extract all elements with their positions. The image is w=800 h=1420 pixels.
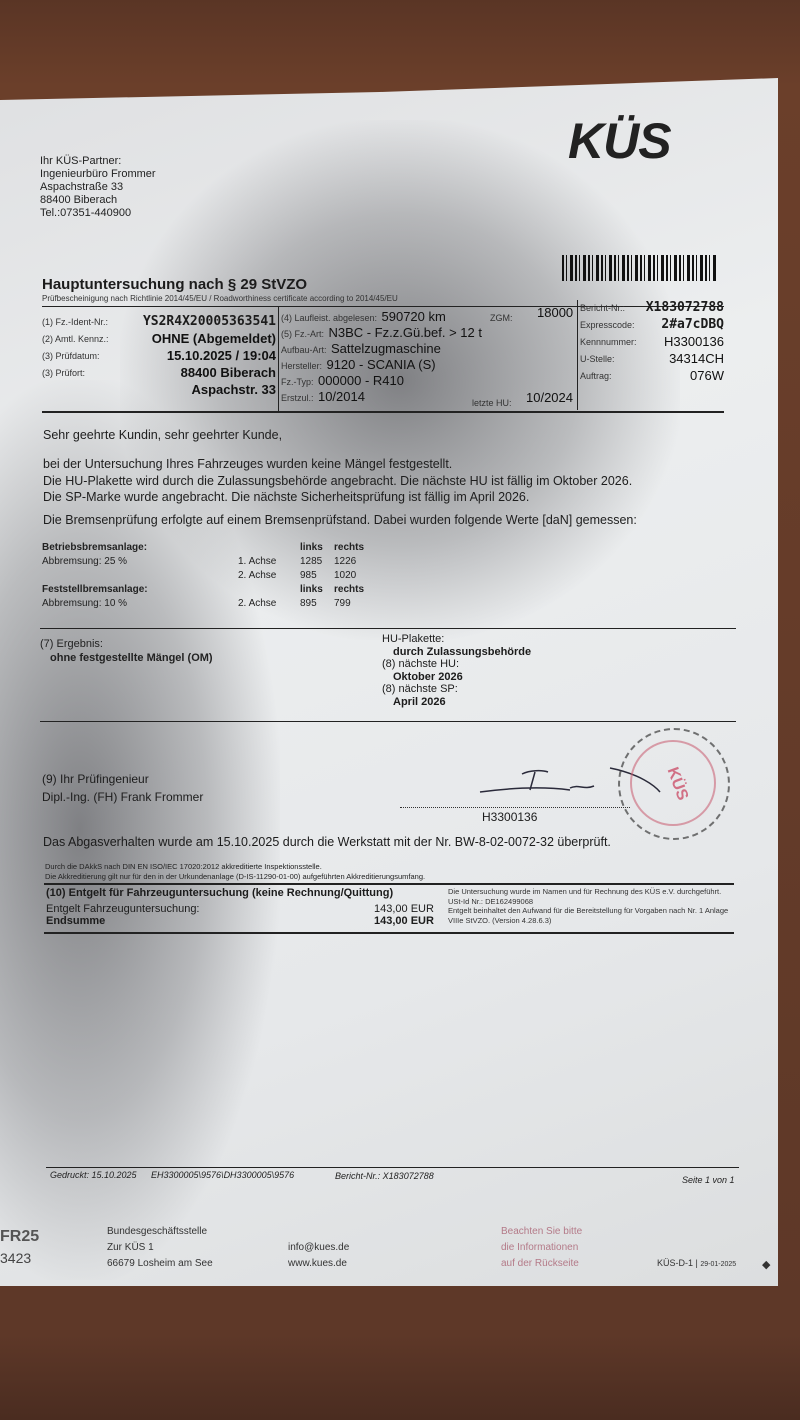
last-hu-label: letzte HU:: [472, 398, 512, 408]
result-value: ohne festgestellte Mängel (OM): [50, 652, 213, 664]
last-hu-field: letzte HU:: [472, 393, 512, 411]
greeting: Sehr geehrte Kundin, sehr geehrter Kunde…: [43, 428, 282, 442]
station-label: U-Stelle:: [580, 354, 615, 364]
report-column: Bericht-Nr.:X183072788 Expresscode:2#a7c…: [580, 300, 724, 385]
right-value: 1226: [334, 554, 364, 568]
plakette-value: durch Zulassungsbehörde: [382, 646, 531, 659]
left-code-1: FR25: [0, 1228, 39, 1246]
parking-braking: Abbremsung: 10 %: [42, 596, 238, 610]
expresscode-label: Expresscode:: [580, 320, 635, 330]
model-label: Fz.-Typ:: [281, 377, 314, 387]
total-label: Endsumme: [46, 915, 105, 927]
left-code-2: 3423: [0, 1250, 31, 1266]
first-registration-label: Erstzul.:: [281, 393, 314, 403]
last-hu-value: 10/2024: [526, 390, 573, 405]
next-sp-label: (8) nächste SP:: [382, 683, 531, 696]
vehicle-type-label: (5) Fz.-Art:: [281, 329, 324, 339]
id-number-value: H3300136: [664, 334, 724, 349]
partner-address: Ihr KÜS-Partner: Ingenieurbüro Frommer A…: [40, 155, 156, 220]
report-number-value: X183072788: [646, 300, 724, 315]
office-name: Bundesgeschäftsstelle: [107, 1224, 213, 1240]
inspection-place-label: (3) Prüfort:: [42, 368, 85, 378]
col-left: links: [300, 540, 334, 554]
mileage-value: 590720 km: [382, 309, 446, 324]
col-left: links: [300, 582, 334, 596]
left-value: 985: [300, 568, 334, 582]
accreditation-line-2: Die Akkreditierung gilt nur für den in d…: [45, 872, 425, 881]
col-right: rechts: [334, 540, 364, 554]
ident-value: YS2R4X20005363541: [143, 314, 276, 329]
mileage-label: (4) Laufleist. abgelesen:: [281, 313, 377, 323]
table-row: Abbremsung: 25 %1. Achse12851226: [42, 554, 364, 568]
letter-line-1: bei der Untersuchung Ihres Fahrzeuges wu…: [43, 457, 452, 471]
total-value: 143,00 EUR: [374, 915, 434, 927]
axle: 2. Achse: [238, 568, 300, 582]
back-info-line-3: auf der Rückseite: [501, 1256, 582, 1272]
letter-line-3: Die SP-Marke wurde angebracht. Die nächs…: [43, 490, 529, 504]
right-value: 1020: [334, 568, 364, 582]
partner-phone: Tel.:07351-440900: [40, 207, 156, 220]
id-number-label: Kennnummer:: [580, 337, 637, 347]
page-subtitle: Prüfbescheinigung nach Richtlinie 2014/4…: [42, 294, 398, 303]
expresscode-value: 2#a7cDBQ: [661, 317, 724, 332]
axle: 1. Achse: [238, 554, 300, 568]
signature-line: [400, 807, 630, 808]
partner-city: 88400 Biberach: [40, 194, 156, 207]
print-report-number: Bericht-Nr.: X183072788: [335, 1171, 434, 1181]
left-value: 895: [300, 596, 334, 610]
ident-label: (1) Fz.-Ident-Nr.:: [42, 317, 108, 327]
right-value: 799: [334, 596, 364, 610]
station-value: 34314CH: [669, 351, 724, 366]
service-braking: Abbremsung: 25 %: [42, 554, 238, 568]
page-title: Hauptuntersuchung nach § 29 StVZO: [42, 276, 307, 293]
next-hu-value: Oktober 2026: [382, 671, 531, 684]
fees-note-4: VIIIe StVZO. (Version 4.28.6.3): [448, 916, 728, 926]
table-row: Abbremsung: 10 %2. Achse895799: [42, 596, 364, 610]
fees-note-3: Entgelt beinhaltet den Aufwand für die B…: [448, 906, 728, 916]
form-code: KÜS-D-1 | 29-01-2025: [657, 1258, 736, 1268]
fee-label: Entgelt Fahrzeuguntersuchung:: [46, 903, 200, 915]
fees-note-2: USt-Id Nr.: DE162499068: [448, 897, 728, 907]
brake-results: Betriebsbremsanlage:linksrechts Abbremsu…: [42, 540, 364, 610]
next-hu-label: (8) nächste HU:: [382, 658, 531, 671]
form-date: 29-01-2025: [700, 1261, 736, 1268]
office-website[interactable]: www.kues.de: [288, 1256, 349, 1272]
back-info-note: Beachten Sie bitte die Informationen auf…: [501, 1224, 582, 1272]
manufacturer-value: 9120 - SCANIA (S): [326, 357, 435, 372]
office-street: Zur KÜS 1: [107, 1240, 213, 1256]
print-code: EH3300005\9576\DH3300005\9576: [151, 1170, 294, 1180]
next-sp-value: April 2026: [382, 696, 531, 709]
back-info-line-1: Beachten Sie bitte: [501, 1224, 582, 1240]
page-number: Seite 1 von 1: [682, 1175, 735, 1185]
accreditation-line-1: Durch die DAkkS nach DIN EN ISO/IEC 1702…: [45, 862, 322, 871]
barcode: [562, 255, 718, 281]
parking-brake-title: Feststellbremsanlage:: [42, 582, 238, 596]
body-type-value: Sattelzugmaschine: [331, 341, 441, 356]
vehicle-left-column: (1) Fz.-Ident-Nr.:YS2R4X20005363541 (2) …: [42, 314, 276, 399]
inspection-street-value: Aspachstr. 33: [191, 382, 276, 397]
letter-line-2: Die HU-Plakette wird durch die Zulassung…: [43, 474, 632, 488]
inspection-date-value: 15.10.2025 / 19:04: [167, 348, 276, 363]
zgm-value: 18000: [537, 305, 573, 320]
exhaust-note: Das Abgasverhalten wurde am 15.10.2025 d…: [43, 835, 611, 849]
partner-name: Ingenieurbüro Frommer: [40, 168, 156, 181]
office-address: Bundesgeschäftsstelle Zur KÜS 1 66679 Lo…: [107, 1224, 213, 1272]
inspection-date-label: (3) Prüfdatum:: [42, 351, 100, 361]
inspection-place-value: 88400 Biberach: [181, 365, 276, 380]
kues-logo: KÜS: [568, 112, 671, 170]
result-right: HU-Plakette: durch Zulassungsbehörde (8)…: [382, 633, 531, 708]
order-value: 076W: [690, 368, 724, 383]
office-city: 66679 Losheim am See: [107, 1256, 213, 1272]
manufacturer-label: Hersteller:: [281, 361, 322, 371]
fees-title: (10) Entgelt für Fahrzeuguntersuchung (k…: [46, 887, 393, 899]
vehicle-type-value: N3BC - Fz.z.Gü.bef. > 12 t: [328, 325, 482, 340]
first-registration-value: 10/2014: [318, 389, 365, 404]
zgm-label: ZGM:: [490, 313, 513, 323]
order-label: Auftrag:: [580, 371, 612, 381]
report-number-label: Bericht-Nr.:: [580, 303, 625, 313]
service-brake-title: Betriebsbremsanlage:: [42, 540, 238, 554]
fees-note-1: Die Untersuchung wurde im Namen und für …: [448, 887, 728, 897]
engineer-id: H3300136: [482, 810, 537, 824]
col-right: rechts: [334, 582, 364, 596]
office-email[interactable]: info@kues.de: [288, 1240, 349, 1256]
plate-label: (2) Amtl. Kennz.:: [42, 334, 109, 344]
partner-label: Ihr KÜS-Partner:: [40, 155, 156, 168]
left-value: 1285: [300, 554, 334, 568]
plate-value: OHNE (Abgemeldet): [152, 331, 276, 346]
diamond-icon: ◆: [762, 1258, 770, 1271]
result-label: (7) Ergebnis:: [40, 638, 103, 650]
zgm-field: ZGM:: [490, 308, 513, 326]
office-contact: info@kues.de www.kues.de: [288, 1240, 349, 1272]
engineer-name: Dipl.-Ing. (FH) Frank Frommer: [42, 790, 203, 804]
fees-notes: Die Untersuchung wurde im Namen und für …: [448, 887, 728, 925]
partner-street: Aspachstraße 33: [40, 181, 156, 194]
fee-value: 143,00 EUR: [374, 903, 434, 915]
table-row: 2. Achse9851020: [42, 568, 364, 582]
axle: 2. Achse: [238, 596, 300, 610]
form-id: KÜS-D-1: [657, 1258, 693, 1268]
engineer-label: (9) Ihr Prüfingenieur: [42, 772, 149, 786]
model-value: 000000 - R410: [318, 373, 404, 388]
body-type-label: Aufbau-Art:: [281, 345, 327, 355]
letter-line-4: Die Bremsenprüfung erfolgte auf einem Br…: [43, 513, 637, 527]
printed-date: Gedruckt: 15.10.2025: [50, 1170, 137, 1180]
plakette-label: HU-Plakette:: [382, 633, 531, 646]
back-info-line-2: die Informationen: [501, 1240, 582, 1256]
